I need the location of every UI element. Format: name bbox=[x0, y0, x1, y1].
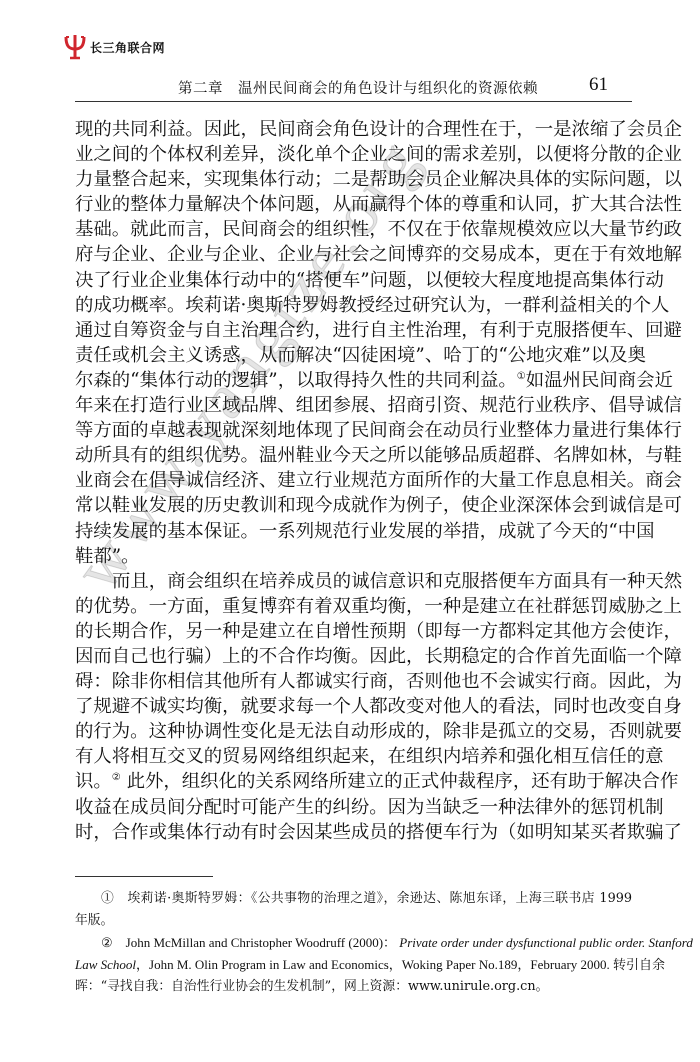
text-line: 有人将相互交叉的贸易网络组织起来，在组织内培养和强化相互信任的意 bbox=[75, 744, 632, 769]
text-segment: 如温州民间商会近 bbox=[526, 370, 673, 391]
text-line: 行业的整体力量解决个体问题，从而赢得个体的尊重和认同，扩大其合法性 bbox=[75, 192, 632, 217]
chapter-title: 第二章 温州民间商会的角色设计与组织化的资源依赖 bbox=[178, 77, 538, 98]
text-line: 动所具有的组织优势。温州鞋业今天之所以能够品质超群、名牌如林，与鞋 bbox=[75, 443, 632, 468]
text-line: 的行为。这种协调性变化是无法自动形成的，除非是孤立的交易，否则就要 bbox=[75, 719, 632, 744]
text-line: 的成功概率。埃莉诺·奥斯特罗姆教授经过研究认为，一群利益相关的个人 bbox=[75, 293, 632, 318]
text-line: 收益在成员间分配时可能产生的纠纷。因为当缺乏一种法律外的惩罚机制 bbox=[75, 795, 632, 820]
footnote-2-source[interactable]: 晖：“寻找自我：自治性行业协会的生发机制”，网上资源：www.unirule.o… bbox=[75, 976, 632, 998]
text-segment: 尔森的“集体行动的逻辑”，以取得持久性的共同利益。 bbox=[75, 370, 517, 391]
header-rule bbox=[75, 101, 632, 102]
text-line: 常以鞋业发展的历史教训和现今成就作为例子，使企业深深体会到诚信是可 bbox=[75, 493, 632, 518]
text-line: 责任或机会主义诱惑，从而解决“囚徒困境”、哈丁的“公地灾难”以及奥 bbox=[75, 343, 632, 368]
text-line: 碍：除非你相信其他所有人都诚实行商，否则他也不会诚实行商。因此，为 bbox=[75, 669, 632, 694]
footnote-rule bbox=[75, 876, 213, 877]
text-line: 基础。就此而言，民间商会的组织性，不仅在于依靠规模效应以大量节约政 bbox=[75, 217, 632, 242]
text-line: 府与企业、企业与企业、企业与社会之间博弈的交易成本，更在于有效地解 bbox=[75, 242, 632, 267]
footnote-ref-2[interactable]: ② bbox=[112, 772, 121, 783]
text-line: 识。② 此外，组织化的关系网络所建立的正式仲裁程序，还有助于解决合作 bbox=[75, 769, 632, 794]
running-head: 第二章 温州民间商会的角色设计与组织化的资源依赖 61 bbox=[75, 74, 632, 100]
text-line: 的长期合作，另一种是建立在自增性预期（即每一方都料定其他方会使诈， bbox=[75, 619, 632, 644]
text-line: 等方面的卓越表现就深刻地体现了民间商会在动员行业整体力量进行集体行 bbox=[75, 418, 632, 443]
body-text: 现的共同利益。因此，民间商会角色设计的合理性在于，一是浓缩了会员企 业之间的个体… bbox=[75, 117, 632, 845]
site-name: 长三角联合网 bbox=[90, 39, 165, 56]
footnote-institution: Stanford bbox=[649, 935, 693, 950]
footnote-1-continued: 年版。 bbox=[75, 910, 632, 932]
psi-logo-icon bbox=[64, 34, 86, 60]
footnote-authors: John McMillan and Christopher Woodruff (… bbox=[126, 935, 396, 950]
footnote-2: ② John McMillan and Christopher Woodruff… bbox=[75, 932, 632, 954]
footnote-text: ，John M. Olin Program in Law and Economi… bbox=[136, 957, 665, 972]
text-segment: 此外，组织化的关系网络所建立的正式仲裁程序，还有助于解决合作 bbox=[121, 771, 679, 792]
text-line: 通过自筹资金与自主治理合约，进行自主性治理，有利于克服搭便车、回避 bbox=[75, 318, 632, 343]
text-line: 因而自己也行骗）上的不合作均衡。因此，长期稳定的合作首先面临一个障 bbox=[75, 644, 632, 669]
text-line: 尔森的“集体行动的逻辑”，以取得持久性的共同利益。①如温州民间商会近 bbox=[75, 368, 632, 393]
text-line: 持续发展的基本保证。一系列规范行业发展的举措，成就了今天的“中国 bbox=[75, 519, 632, 544]
footnote-marker: ② bbox=[101, 935, 113, 950]
footnote-title: Private order under dysfunctional public… bbox=[399, 935, 642, 950]
text-line: 现的共同利益。因此，民间商会角色设计的合理性在于，一是浓缩了会员企 bbox=[75, 117, 632, 142]
text-line: 鞋都”。 bbox=[75, 544, 632, 569]
text-line: 年来在打造行业区域品牌、组团参展、招商引资、规范行业秩序、倡导诚信 bbox=[75, 393, 632, 418]
text-line: 了规避不诚实均衡，就要求每一个人都改变对他人的看法，同时也改变自身 bbox=[75, 694, 632, 719]
footnote-marker: ① bbox=[101, 891, 114, 906]
footnote-institution-2: Law School bbox=[75, 957, 136, 972]
site-logo: 长三角联合网 bbox=[64, 34, 165, 60]
footnote-1: ① 埃莉诺·奥斯特罗姆：《公共事物的治理之道》，余逊达、陈旭东译，上海三联书店 … bbox=[75, 888, 632, 910]
text-line: 力量整合起来，实现集体行动；二是帮助会员企业解决具体的实际问题，以 bbox=[75, 167, 632, 192]
footnote-2-continued: Law School，John M. Olin Program in Law a… bbox=[75, 954, 632, 976]
paragraph-start-line: 而且，商会组织在培养成员的诚信意识和克服搭便车方面具有一种天然 bbox=[75, 569, 632, 594]
page-number: 61 bbox=[589, 74, 608, 96]
text-segment: 识。 bbox=[75, 771, 112, 792]
text-line: 业之间的个体权利差异，淡化单个企业之间的需求差别，以便将分散的企业 bbox=[75, 142, 632, 167]
text-line: 业商会在倡导诚信经济、建立行业规范方面所作的大量工作息息相关。商会 bbox=[75, 468, 632, 493]
text-line: 决了行业企业集体行动中的“搭便车”问题，以便较大程度地提高集体行动 bbox=[75, 268, 632, 293]
footnote-ref-1[interactable]: ① bbox=[517, 371, 526, 382]
text-line: 时，合作或集体行动有时会因某些成员的搭便车行为（如明知某买者欺骗了 bbox=[75, 820, 632, 845]
footnotes: ① 埃莉诺·奥斯特罗姆：《公共事物的治理之道》，余逊达、陈旭东译，上海三联书店 … bbox=[75, 888, 632, 998]
text-line: 的优势。一方面，重复博弈有着双重均衡，一种是建立在社群惩罚威胁之上 bbox=[75, 594, 632, 619]
footnote-text: 埃莉诺·奥斯特罗姆：《公共事物的治理之道》，余逊达、陈旭东译，上海三联书店 19… bbox=[127, 891, 632, 906]
